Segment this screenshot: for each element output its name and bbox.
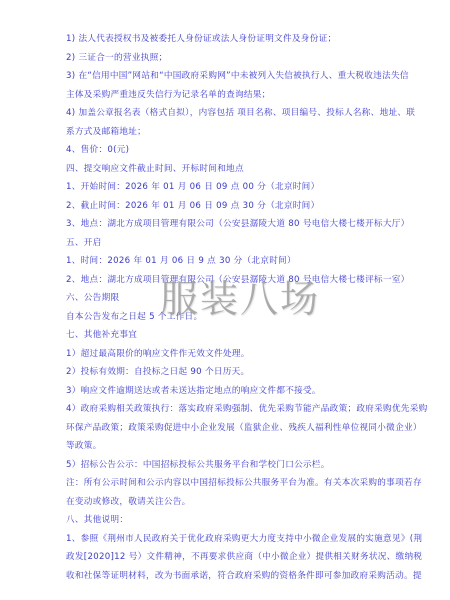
requirement-line: 4) 加盖公章报名表（格式自拟），内容包括 项目名称、项目编号、投标人名称、地址… xyxy=(66,104,386,123)
watermark: 服装八场 xyxy=(160,268,320,323)
explanation-line: 政发[2020]12 号）文件精神，不再要求供应商（中小微企业）提供相关财务状况… xyxy=(66,548,386,567)
price-line: 4、售价：0(元) xyxy=(66,141,386,160)
section-heading: 七、其他补充事宜 xyxy=(66,326,386,345)
supplement-line: 5）招标公告公示：中国招标投标公共服务平台和学校门口公示栏。 xyxy=(66,456,386,475)
requirement-line: 3) 在“信用中国”网站和“中国政府采购网”中未被列入失信被执行人、重大税收违法… xyxy=(66,67,386,86)
explanation-line: 收和社保等证明材料，改为书面承诺，符合政府采购的资格条件即可参加政府采购活动。提 xyxy=(66,567,386,586)
supplement-line: 1）超过最高限价的响应文件作无效文件处理。 xyxy=(66,345,386,364)
supplement-line: 2）投标有效期：自投标之日起 90 个日历天。 xyxy=(66,363,386,382)
start-time-line: 1、开始时间：2026 年 01 月 06 日 09 点 00 分（北京时间） xyxy=(66,178,386,197)
deadline-line: 2、截止时间：2026 年 01 月 06 日 09 点 30 分（北京时间） xyxy=(66,197,386,216)
supplement-line: 等政策。 xyxy=(66,437,386,456)
supplement-line: 4）政府采购相关政策执行：落实政府采购强制、优先采购节能产品政策；政府采购优先采… xyxy=(66,400,386,419)
requirement-line: 主体及采购严重违反失信行为记录名单的查询结果； xyxy=(66,86,386,105)
requirement-line: 2) 三证合一的营业执照； xyxy=(66,49,386,68)
supplement-line: 环保产品政策；政策采购促进中小企业发展（监狱企业、残疾人福利性单位视同小微企业） xyxy=(66,419,386,438)
location-line: 3、地点：湖北方成项目管理有限公司（公安县潺陵大道 80 号电信大楼七楼开标大厅… xyxy=(66,215,386,234)
note-line: 在变动或修改，敬请关注公告。 xyxy=(66,493,386,512)
supplement-line: 3）响应文件逾期送达或者未送达指定地点的响应文件都不接受。 xyxy=(66,382,386,401)
section-heading: 四、提交响应文件截止时间、开标时间和地点 xyxy=(66,160,386,179)
explanation-line: 1、参照《荆州市人民政府关于优化政府采购更大力度支持中小微企业发展的实施意见》(… xyxy=(66,530,386,549)
note-line: 注：所有公示时间和公示内容以中国招标投标公共服务平台为准。有关本次采购的事项若存 xyxy=(66,474,386,493)
requirement-line: 1) 法人代表授权书及被委托人身份证或法人身份证明文件及身份证； xyxy=(66,30,386,49)
section-heading: 五、开启 xyxy=(66,234,386,253)
requirement-line: 系方式及邮箱地址； xyxy=(66,123,386,142)
section-heading: 八、其他说明： xyxy=(66,511,386,530)
